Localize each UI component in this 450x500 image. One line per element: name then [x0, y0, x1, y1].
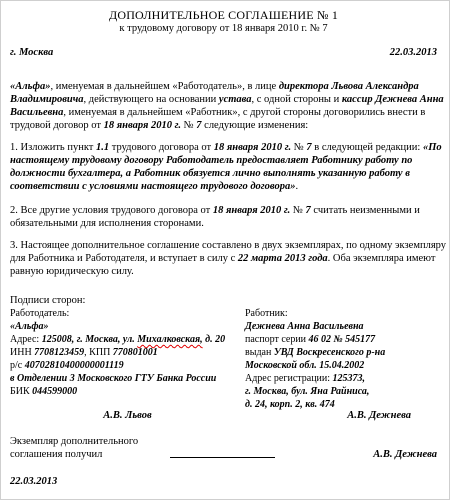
text-run: ИНН	[10, 347, 34, 358]
text-run: 1.1	[96, 142, 109, 153]
text-run: №	[181, 120, 196, 131]
text-line: для Работника и Работодателя, и вступает…	[10, 252, 437, 265]
text-run: Дежнева Анна Васильевна	[245, 321, 364, 332]
clause-paragraph-1: 1. Изложить пункт 1.1 трудового договора…	[10, 141, 437, 193]
text-run: УВД Воскресенского р-на	[274, 347, 385, 358]
text-line: Васильевна, именуемая в дальнейшем «Рабо…	[10, 106, 437, 119]
text-run: соответствии с условиями настоящего труд…	[10, 181, 296, 192]
text-run: р/с	[10, 360, 25, 371]
text-run: Работник:	[245, 308, 288, 319]
text-run: должности бухгалтера, а Работник обязует…	[10, 168, 410, 179]
text-run: №	[290, 205, 305, 216]
employer-signature: А.В. Львов	[10, 409, 245, 422]
text-run: 46 02 № 545177	[309, 334, 376, 345]
text-line: «Альфа»	[10, 320, 245, 333]
text-line: обязательными для исполнения сторонами.	[10, 217, 437, 230]
text-run: настоящему трудовому договору Работодате…	[10, 155, 412, 166]
text-run: следующие изменения:	[202, 120, 309, 131]
text-line: должности бухгалтера, а Работник обязует…	[10, 167, 437, 180]
text-line: трудовой договор от 18 января 2010 г. № …	[10, 119, 437, 132]
text-run: обязательными для исполнения сторонами.	[10, 218, 204, 229]
received-signature: А.В. Дежнева	[275, 448, 437, 461]
text-run: Московской обл. 15.04.2002	[245, 360, 364, 371]
text-run: , КПП	[84, 347, 113, 358]
text-run: 770801001	[113, 347, 158, 358]
text-run: паспорт серии	[245, 334, 309, 345]
text-line: БИК 044599000	[10, 385, 245, 398]
text-line: р/с 40702810400000001119	[10, 359, 245, 372]
text-run: , именуемая в дальнейшем «Работник», с д…	[63, 107, 425, 118]
city-label: г. Москва	[10, 46, 53, 59]
text-run: , действующего на основании	[84, 94, 219, 105]
text-line: Адрес регистрации: 125373,	[245, 372, 437, 385]
requisites-columns: Работодатель:«Альфа»Адрес: 125008, г. Мо…	[10, 307, 437, 411]
text-run: 18 января 2010 г.	[214, 142, 291, 153]
text-run: считать неизменными и	[311, 205, 420, 216]
text-run: кассир Дежнева Анна	[342, 94, 444, 105]
text-run: выдан	[245, 347, 274, 358]
text-line: Работодатель:	[10, 307, 245, 320]
text-run: БИК	[10, 386, 32, 397]
clause-paragraph-3: 3. Настоящее дополнительное соглашение с…	[10, 239, 437, 278]
text-line: равную юридическую силу.	[10, 265, 437, 278]
received-text-line2: соглашения получил	[10, 448, 170, 461]
signatures-heading: Подписи сторон:	[10, 294, 437, 307]
text-run: 3. Настоящее дополнительное соглашение с…	[10, 240, 446, 251]
text-line: Дежнева Анна Васильевна	[245, 320, 437, 333]
signature-blank-line	[170, 457, 275, 458]
employee-column: Работник:Дежнева Анна Васильевнапаспорт …	[245, 307, 437, 411]
text-run: 18 января 2010 г.	[213, 205, 290, 216]
text-run: №	[291, 142, 306, 153]
text-run: 125373,	[333, 373, 366, 384]
text-run: Работодатель:	[10, 308, 69, 319]
text-run: 18 января 2010 г.	[104, 120, 181, 131]
received-text-line1: Экземпляр дополнительного	[10, 435, 170, 448]
text-run: , с одной стороны и	[252, 94, 342, 105]
text-line: Работник:	[245, 307, 437, 320]
text-run: 125008, г. Москва, ул.	[42, 334, 138, 345]
text-run: равную юридическую силу.	[10, 266, 134, 277]
text-line: 3. Настоящее дополнительное соглашение с…	[10, 239, 437, 252]
text-run: .	[296, 181, 299, 192]
text-run: 7708123459	[34, 347, 84, 358]
text-run: Адрес регистрации:	[245, 373, 333, 384]
document-title: ДОПОЛНИТЕЛЬНОЕ СОГЛАШЕНИЕ № 1	[10, 8, 437, 22]
document-date: 22.03.2013	[390, 46, 437, 59]
intro-paragraph: «Альфа», именуемая в дальнейшем «Работод…	[10, 80, 437, 132]
text-run: «Альфа»	[10, 321, 49, 332]
text-line: Адрес: 125008, г. Москва, ул. Михалковск…	[10, 333, 245, 346]
text-run: , именуемая в дальнейшем «Работодатель»,…	[50, 81, 278, 92]
text-run: устава	[219, 94, 252, 105]
text-line: 2. Все другие условия трудового договора…	[10, 204, 437, 217]
document-subtitle: к трудовому договору от 18 января 2010 г…	[10, 22, 437, 35]
text-run: директора Львова Александра	[279, 81, 419, 92]
misspelled-word: Михалковская,	[137, 334, 202, 345]
text-run: трудового договора от	[109, 142, 214, 153]
text-line: паспорт серии 46 02 № 545177	[245, 333, 437, 346]
text-run: «По	[423, 142, 442, 153]
text-line: настоящему трудовому договору Работодате…	[10, 154, 437, 167]
place-date-row: г. Москва 22.03.2013	[10, 46, 437, 59]
text-run: д. 20	[203, 334, 225, 345]
text-line: выдан УВД Воскресенского р-на	[245, 346, 437, 359]
text-line: г. Москва, бул. Яна Райниса,	[245, 385, 437, 398]
received-block: Экземпляр дополнительного соглашения пол…	[10, 435, 437, 461]
text-run: «Альфа»	[10, 81, 50, 92]
text-line: в Отделении 3 Московского ГТУ Банка Росс…	[10, 372, 245, 385]
text-run: в Отделении 3 Московского ГТУ Банка Росс…	[10, 373, 216, 384]
text-line: ИНН 7708123459, КПП 770801001	[10, 346, 245, 359]
text-line: «Альфа», именуемая в дальнейшем «Работод…	[10, 80, 437, 93]
text-run: в следующей редакции:	[312, 142, 423, 153]
text-run: 044599000	[32, 386, 77, 397]
employee-signature: А.В. Дежнева	[245, 409, 437, 422]
text-run: 40702810400000001119	[25, 360, 124, 371]
text-run: 22 марта 2013 года	[238, 253, 328, 264]
text-run: для Работника и Работодателя, и вступает…	[10, 253, 238, 264]
text-run: Адрес:	[10, 334, 42, 345]
text-run: Владимировича	[10, 94, 84, 105]
clause-paragraph-2: 2. Все другие условия трудового договора…	[10, 204, 437, 230]
employer-column: Работодатель:«Альфа»Адрес: 125008, г. Мо…	[10, 307, 245, 398]
text-line: Московской обл. 15.04.2002	[245, 359, 437, 372]
text-run: трудовой договор от	[10, 120, 104, 131]
document-page: ДОПОЛНИТЕЛЬНОЕ СОГЛАШЕНИЕ № 1 к трудовом…	[0, 0, 450, 500]
text-run: Васильевна	[10, 107, 63, 118]
text-line: 1. Изложить пункт 1.1 трудового договора…	[10, 141, 437, 154]
text-run: 2. Все другие условия трудового договора…	[10, 205, 213, 216]
document-date-bottom: 22.03.2013	[10, 475, 437, 488]
signature-row: А.В. Львов А.В. Дежнева	[10, 409, 437, 422]
received-text: Экземпляр дополнительного соглашения пол…	[10, 435, 170, 461]
text-run: г. Москва, бул. Яна Райниса,	[245, 386, 369, 397]
text-line: Владимировича, действующего на основании…	[10, 93, 437, 106]
text-run: 1. Изложить пункт	[10, 142, 96, 153]
text-run: . Оба экземпляра имеют	[328, 253, 436, 264]
text-line: соответствии с условиями настоящего труд…	[10, 180, 437, 193]
